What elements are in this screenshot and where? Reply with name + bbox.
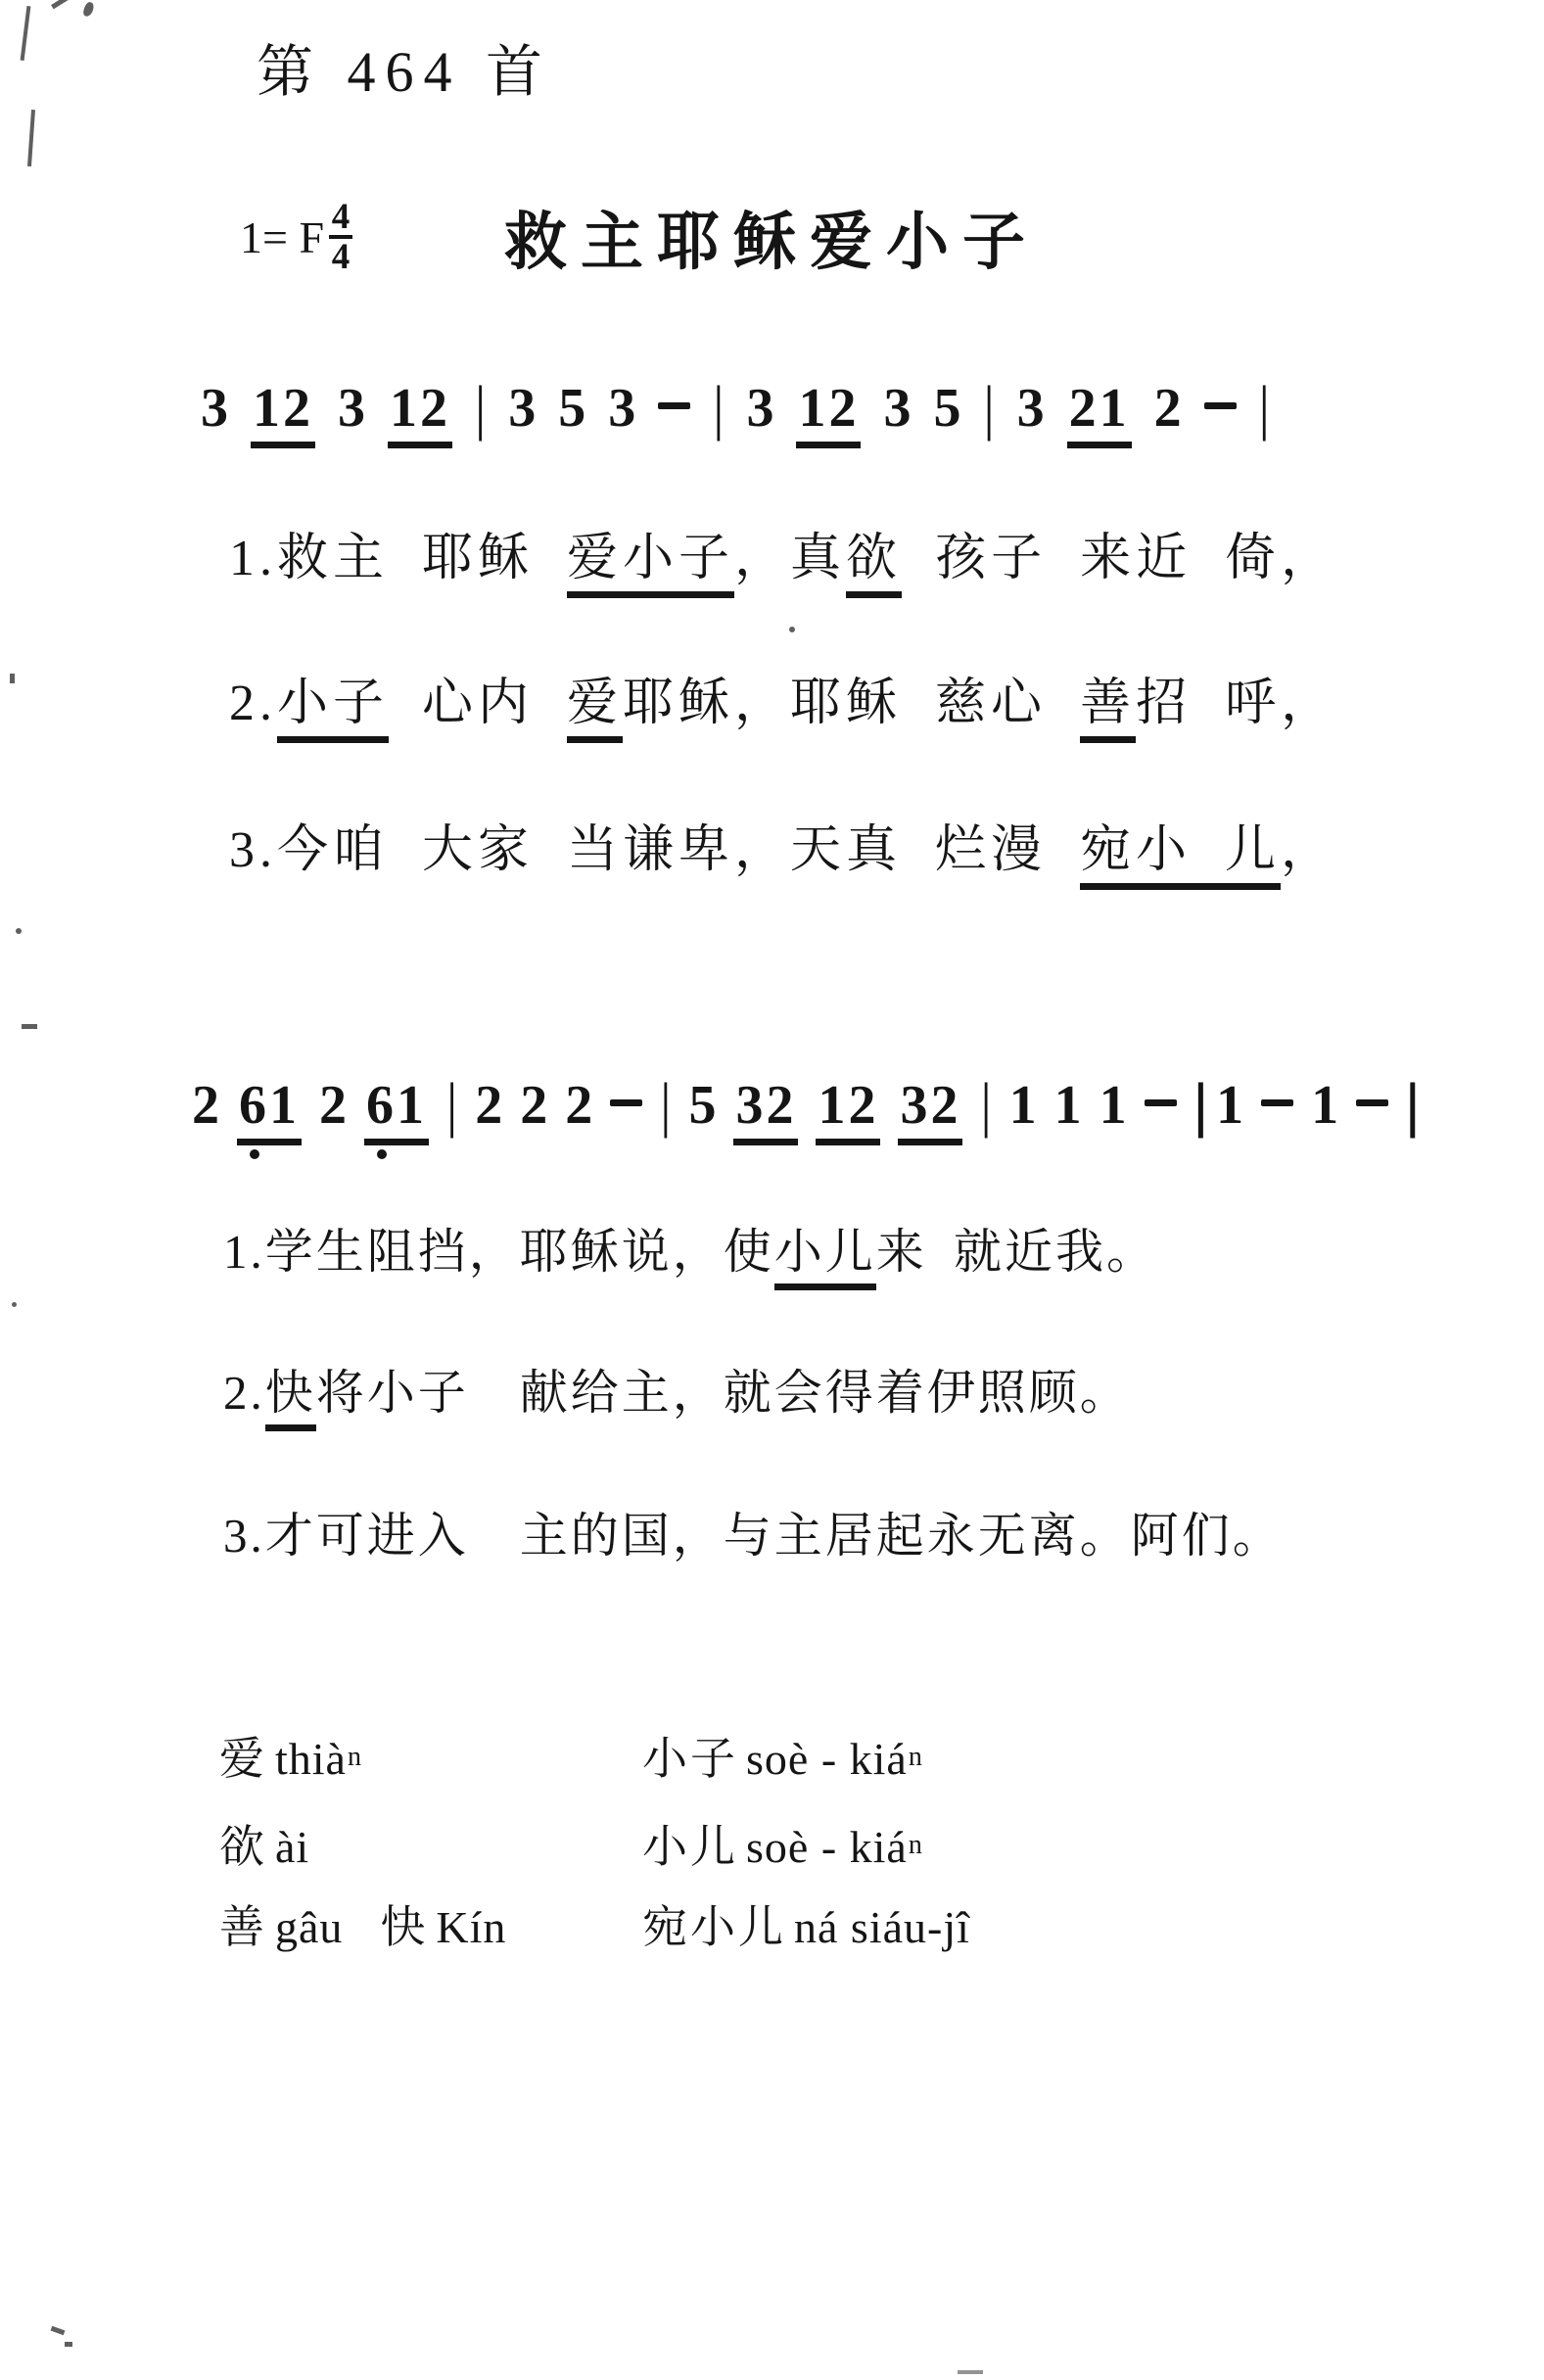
scan-artifact [789, 627, 795, 632]
music-token: 1 [1054, 1077, 1082, 1135]
lyric-text: ， [1281, 822, 1336, 878]
scan-artifact [51, 2326, 66, 2335]
verse-a-3: 3.今咱 大家 当谦卑，天真 烂漫 宛小 儿， [229, 818, 1336, 882]
glossary-romanization: Kín [436, 1902, 506, 1952]
music-token: | [713, 376, 724, 441]
lyric-text: 耶稣，耶稣 慈心 [623, 676, 1080, 731]
lyric-text: 1.救主 耶稣 [229, 531, 567, 586]
octave-dot [250, 1149, 259, 1159]
lyric-underlined: 欲 [846, 531, 902, 598]
glossary-row2-right: 小儿soè - kián [642, 1811, 922, 1876]
music-token: || [1194, 1073, 1198, 1138]
music-token: | [983, 376, 994, 441]
lyric-underlined: 爱 [567, 676, 623, 743]
music-token: 2 [1154, 380, 1182, 438]
lyric-underlined: 善 [1080, 676, 1136, 743]
glossary-hanzi: 小儿 [642, 1822, 738, 1872]
dash-note [1204, 402, 1237, 409]
music-token: 12 [251, 380, 315, 448]
music-token: 1 [1311, 1077, 1338, 1135]
music-token: 5 [558, 380, 585, 438]
key-title-row: 1= F 4 4 救主耶稣爱小子 [240, 192, 1039, 282]
verse-b-3: 3.才可进入 主的国，与主居起永无离。阿们。 [223, 1506, 1284, 1565]
page-title: 救主耶稣爱小子 [504, 192, 1039, 282]
key-signature: 1= F 4 4 [240, 200, 352, 274]
music-token: | [446, 1073, 457, 1138]
music-token: 2 [520, 1077, 547, 1135]
glossary-romanization: soè - kiá [746, 1734, 908, 1784]
scan-artifact [82, 1, 95, 18]
glossary-hanzi: 宛小儿 [642, 1902, 786, 1952]
lyric-underlined: 宛小 儿 [1080, 822, 1281, 890]
music-token: 21 [1067, 380, 1132, 448]
time-signature-bottom: 4 [332, 240, 351, 274]
glossary-row1-left: 爱thiàn [219, 1723, 361, 1788]
music-token: 1 [1216, 1077, 1243, 1135]
music-token: 5 [933, 380, 960, 438]
music-line-1: 312312|353|31235|3212| [201, 380, 1270, 448]
music-token: 1 [1100, 1077, 1127, 1135]
lyric-underlined: 小儿 [774, 1225, 876, 1290]
scan-artifact [16, 928, 22, 934]
lyric-text: 将小子 献给主，就会得着伊照顾。 [316, 1366, 1131, 1420]
music-token: 12 [388, 380, 452, 448]
music-token: 5 [688, 1077, 716, 1135]
music-token: 12 [816, 1077, 880, 1145]
time-signature-top: 4 [332, 200, 351, 234]
glossary-superscript-n: n [909, 1830, 922, 1860]
glossary-hanzi: 善 [219, 1902, 267, 1952]
music-line-2: 261261|222|5321232|111||11|| [192, 1077, 1411, 1145]
music-token: | [980, 1073, 991, 1138]
music-token: 32 [898, 1077, 962, 1145]
dash-note [1145, 1099, 1177, 1106]
music-token: 3 [338, 380, 365, 438]
lyric-underlined: 爱小子 [567, 531, 734, 598]
scan-artifact [65, 2342, 72, 2347]
lyric-text: 1.学生阻挡，耶稣说，使 [223, 1225, 774, 1279]
music-token: 3 [608, 380, 635, 438]
time-signature: 4 4 [329, 200, 352, 274]
glossary-row2-left: 欲ài [219, 1811, 309, 1876]
glossary-romanization: thià [275, 1734, 347, 1784]
lyric-text: 3.今咱 大家 当谦卑，天真 烂漫 [229, 822, 1080, 878]
glossary-row3-left: 善gâu快Kín [219, 1891, 506, 1956]
lyric-underlined: 快 [265, 1366, 316, 1431]
glossary-row1-right: 小子soè - kián [642, 1723, 922, 1788]
scan-artifact [51, 0, 69, 9]
glossary-romanization: gâu [275, 1902, 343, 1952]
glossary-superscript-n: n [348, 1742, 361, 1772]
music-token: 3 [883, 380, 911, 438]
music-token: 3 [201, 380, 228, 438]
music-token: 3 [1017, 380, 1045, 438]
lyric-text: 心内 [389, 676, 567, 731]
music-token: | [660, 1073, 671, 1138]
music-token: 1 [1009, 1077, 1037, 1135]
lyric-text: 2. [229, 676, 277, 731]
glossary-romanization: soè - kiá [746, 1822, 908, 1872]
music-token: 12 [796, 380, 861, 448]
music-token: 61 [237, 1077, 302, 1145]
glossary-hanzi: 快 [380, 1902, 428, 1952]
music-token: | [475, 376, 486, 441]
music-token: 2 [475, 1077, 502, 1135]
dash-note [658, 402, 690, 409]
hymn-number: 第 464 首 [257, 25, 552, 108]
lyric-text: 2. [223, 1366, 265, 1420]
octave-dot [377, 1149, 387, 1159]
scan-artifact [21, 6, 31, 61]
glossary-romanization: ài [275, 1822, 309, 1872]
music-token: 32 [733, 1077, 798, 1145]
verse-b-2: 2.快将小子 献给主，就会得着伊照顾。 [223, 1363, 1131, 1423]
scan-artifact [10, 674, 15, 683]
glossary-hanzi: 欲 [219, 1822, 267, 1872]
music-token: 61 [364, 1077, 429, 1145]
glossary-hanzi: 小子 [642, 1734, 738, 1784]
scan-artifact [12, 1302, 17, 1307]
lyric-underlined: 小子 [277, 676, 389, 743]
glossary-romanization: ná siáu-jî [794, 1902, 970, 1952]
dash-note [1261, 1099, 1293, 1106]
lyric-text: ，真 [734, 531, 846, 586]
music-token: 2 [192, 1077, 219, 1135]
music-token: 3 [508, 380, 536, 438]
lyric-text: 3.才可进入 主的国，与主居起永无离。阿们。 [223, 1509, 1284, 1563]
verse-a-2: 2.小子 心内 爱耶稣，耶稣 慈心 善招 呼， [229, 672, 1336, 735]
glossary-hanzi: 爱 [219, 1734, 267, 1784]
key-signature-prefix: 1= F [240, 211, 324, 263]
music-token: || [1406, 1073, 1410, 1138]
dash-note [1356, 1099, 1388, 1106]
lyric-text: 孩子 来近 倚， [902, 531, 1336, 586]
music-token: 3 [746, 380, 773, 438]
scan-artifact [22, 1024, 37, 1029]
music-token: | [1259, 376, 1270, 441]
verse-a-1: 1.救主 耶稣 爱小子，真欲 孩子 来近 倚， [229, 527, 1336, 590]
music-token: 2 [565, 1077, 592, 1135]
music-token: 2 [319, 1077, 347, 1135]
verse-b-1: 1.学生阻挡，耶稣说，使小儿来 就近我。 [223, 1222, 1157, 1282]
glossary-row3-right: 宛小儿ná siáu-jî [642, 1891, 970, 1956]
scan-artifact [27, 110, 35, 166]
lyric-text: 来 就近我。 [876, 1225, 1157, 1279]
dash-note [610, 1099, 642, 1106]
lyric-text: 招 呼， [1136, 676, 1336, 731]
glossary-superscript-n: n [909, 1742, 922, 1772]
scan-artifact [958, 2370, 983, 2374]
